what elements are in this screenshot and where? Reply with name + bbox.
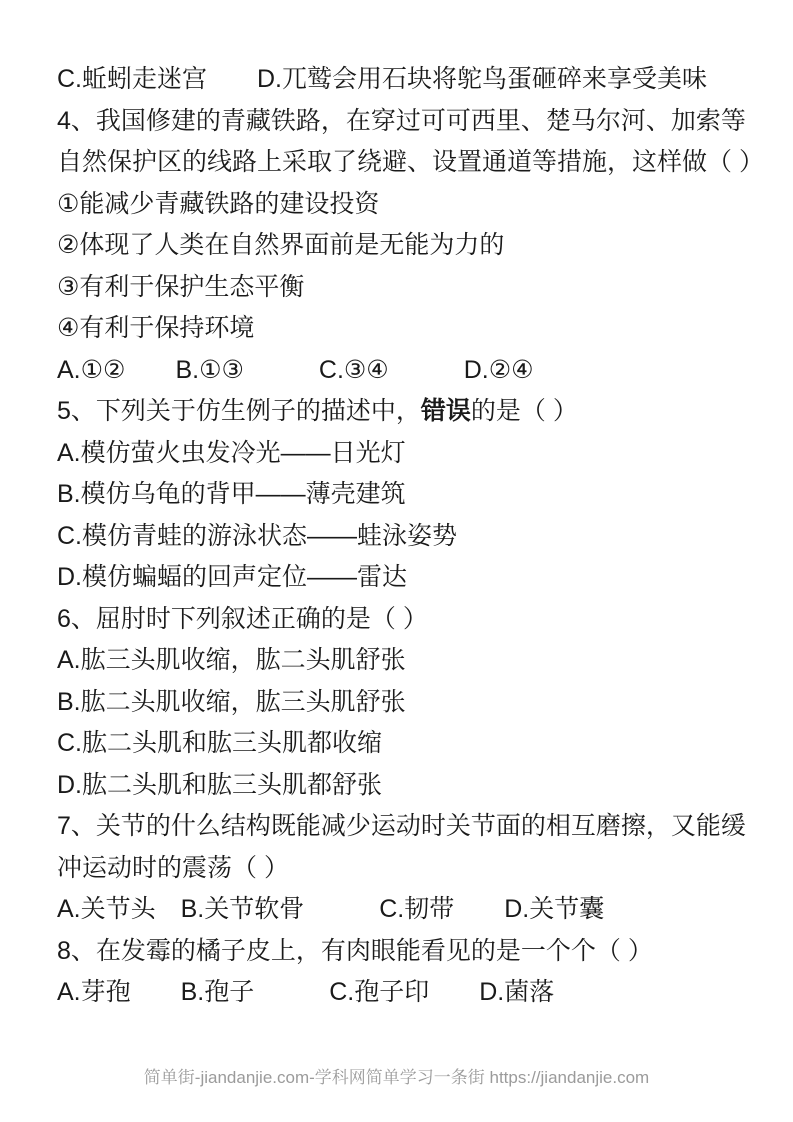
text-segment: B.肱二头肌收缩，肱三头肌舒张 (57, 688, 406, 716)
text-line: ③有利于保护生态平衡 (57, 267, 763, 309)
text-line: A.肱三头肌收缩，肱二头肌舒张 (57, 640, 763, 682)
text-segment: 8、在发霉的橘子皮上，有肉眼能看见的是一个个（ ） (57, 937, 653, 965)
text-line: 8、在发霉的橘子皮上，有肉眼能看见的是一个个（ ） (57, 931, 763, 973)
text-line: ④有利于保持环境 (57, 308, 763, 350)
text-segment: C.蚯蚓走迷宫 D.兀鹫会用石块将鸵鸟蛋砸碎来享受美味 (57, 65, 707, 93)
text-segment: A.模仿萤火虫发冷光——日光灯 (57, 439, 406, 467)
text-segment: ②体现了人类在自然界面前是无能为力的 (57, 231, 504, 259)
text-segment: C.肱二头肌和肱三头肌都收缩 (57, 729, 382, 757)
text-segment: 的是（ ） (471, 397, 578, 425)
text-line: B.肱二头肌收缩，肱三头肌舒张 (57, 682, 763, 724)
text-segment: 6、屈肘时下列叙述正确的是（ ） (57, 605, 428, 633)
text-segment: ①能减少青藏铁路的建设投资 (57, 190, 379, 218)
text-line: ②体现了人类在自然界面前是无能为力的 (57, 225, 763, 267)
text-line: 4、我国修建的青藏铁路，在穿过可可西里、楚马尔河、加索等 (57, 101, 763, 143)
text-line: A.关节头 B.关节软骨 C.韧带 D.关节囊 (57, 889, 763, 931)
document-lines: C.蚯蚓走迷宫 D.兀鹫会用石块将鸵鸟蛋砸碎来享受美味4、我国修建的青藏铁路，在… (57, 59, 763, 1014)
text-line: 自然保护区的线路上采取了绕避、设置通道等措施，这样做（ ） (57, 142, 763, 184)
text-segment: 冲运动时的震荡（ ） (57, 854, 289, 882)
text-line: ①能减少青藏铁路的建设投资 (57, 184, 763, 226)
text-line: C.肱二头肌和肱三头肌都收缩 (57, 723, 763, 765)
text-segment: 自然保护区的线路上采取了绕避、设置通道等措施，这样做（ ） (57, 148, 764, 176)
text-segment: A.肱三头肌收缩，肱二头肌舒张 (57, 646, 406, 674)
text-line: A.芽孢 B.孢子 C.孢子印 D.菌落 (57, 972, 763, 1014)
text-line: D.模仿蝙蝠的回声定位——雷达 (57, 557, 763, 599)
text-segment: D.肱二头肌和肱三头肌都舒张 (57, 771, 382, 799)
text-segment: D.模仿蝙蝠的回声定位——雷达 (57, 563, 407, 591)
watermark-footer: 简单街-jiandanjie.com-学科网简单学习一条街 https://ji… (0, 1066, 793, 1090)
text-line: 7、关节的什么结构既能减少运动时关节面的相互磨擦，又能缓 (57, 806, 763, 848)
text-line: 冲运动时的震荡（ ） (57, 848, 763, 890)
text-line: B.模仿乌龟的背甲——薄壳建筑 (57, 474, 763, 516)
text-segment: 7、关节的什么结构既能减少运动时关节面的相互磨擦，又能缓 (57, 812, 746, 840)
text-segment: 5、下列关于仿生例子的描述中， (57, 397, 421, 425)
text-line: C.蚯蚓走迷宫 D.兀鹫会用石块将鸵鸟蛋砸碎来享受美味 (57, 59, 763, 101)
text-segment: ③有利于保护生态平衡 (57, 273, 304, 301)
emphasis-text: 错误 (421, 397, 471, 425)
text-segment: A.①② B.①③ C.③④ D.②④ (57, 356, 534, 384)
text-line: D.肱二头肌和肱三头肌都舒张 (57, 765, 763, 807)
text-line: C.模仿青蛙的游泳状态——蛙泳姿势 (57, 516, 763, 558)
text-line: 6、屈肘时下列叙述正确的是（ ） (57, 599, 763, 641)
text-segment: A.芽孢 B.孢子 C.孢子印 D.菌落 (57, 978, 554, 1006)
text-line: A.模仿萤火虫发冷光——日光灯 (57, 433, 763, 475)
text-line: A.①② B.①③ C.③④ D.②④ (57, 350, 763, 392)
text-segment: ④有利于保持环境 (57, 314, 254, 342)
text-segment: 4、我国修建的青藏铁路，在穿过可可西里、楚马尔河、加索等 (57, 107, 746, 135)
text-segment: B.模仿乌龟的背甲——薄壳建筑 (57, 480, 406, 508)
text-segment: C.模仿青蛙的游泳状态——蛙泳姿势 (57, 522, 457, 550)
text-segment: A.关节头 B.关节软骨 C.韧带 D.关节囊 (57, 895, 604, 923)
exam-paper-page: C.蚯蚓走迷宫 D.兀鹫会用石块将鸵鸟蛋砸碎来享受美味4、我国修建的青藏铁路，在… (0, 0, 793, 1122)
text-line: 5、下列关于仿生例子的描述中，错误的是（ ） (57, 391, 763, 433)
